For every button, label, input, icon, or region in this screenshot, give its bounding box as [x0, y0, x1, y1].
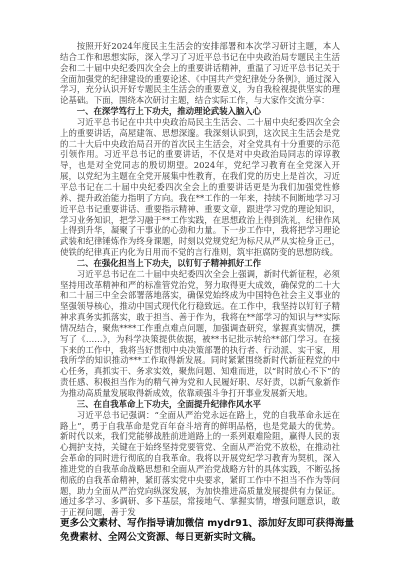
section-2-paragraph: 习近平总书记在二十届中央纪委四次全会上强调，新时代新征程，必须坚持用改革精神和严…	[60, 269, 340, 399]
section-heading-2: 二、在强化担当上下功夫，以钉钉子精神抓好工作	[60, 258, 340, 269]
section-heading-1: 一、在深学笃行上下功夫，推动理论武装入脑入心	[60, 106, 340, 117]
document-body: 按照开好2024年度民主生活会的安排部署和本次学习研讨主题，本人结合工作和思想实…	[60, 41, 340, 518]
intro-paragraph: 按照开好2024年度民主生活会的安排部署和本次学习研讨主题，本人结合工作和思想实…	[60, 41, 340, 106]
section-1-paragraph: 习近平总书记在中共中央政治局民主生活会、二十届中央纪委四次全会上的重要讲话，高屋…	[60, 117, 340, 258]
promo-banner-text: 更多公文素材、写作指导请加微信 mydr91、添加好友即可获得海量免费素材、全网…	[60, 517, 360, 544]
section-heading-3: 三、在自我革命上下功夫，全面提升纪律作风水平	[60, 399, 340, 410]
section-3-paragraph: 习近平总书记强调：“全面从严治党永远在路上，党的自我革命永远在路上”，勇于自我革…	[60, 410, 340, 518]
